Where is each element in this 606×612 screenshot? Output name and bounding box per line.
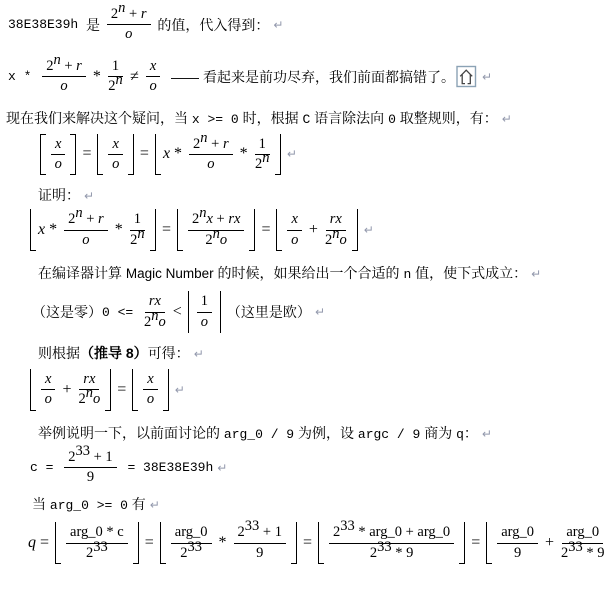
superscript: 33	[568, 539, 583, 555]
denominator: 233	[86, 544, 108, 562]
superscript: n	[53, 52, 60, 68]
text-run: =	[113, 381, 130, 399]
text-run: +	[125, 6, 140, 22]
text-run: 2	[238, 524, 245, 540]
fraction: arg_09	[497, 524, 538, 562]
denominator: o	[55, 155, 62, 173]
pilcrow-mark-icon: ↵	[175, 383, 185, 397]
text-run: n	[403, 267, 411, 282]
text-run: *	[45, 221, 61, 239]
text-run: =	[141, 534, 158, 552]
text-run: 可得：	[148, 343, 190, 363]
text-run: arg_0	[501, 524, 534, 540]
text-run: * 9	[392, 545, 414, 561]
square-bracket-right-icon	[70, 134, 76, 176]
pilcrow-mark-icon: ↵	[364, 223, 374, 237]
fraction: arg_0 * c233	[66, 524, 128, 562]
text-run: 现在我们来解决这个疑问，当	[6, 108, 192, 128]
text-run: 9	[256, 545, 263, 561]
pilcrow-mark-icon: ↵	[273, 18, 283, 32]
bracket-body: 233 * arg_0 + arg_0233 * 9	[324, 522, 459, 564]
text-run: o	[93, 391, 100, 407]
fraction: xo	[41, 371, 55, 409]
text-run: o	[112, 156, 119, 172]
text-run: o	[207, 156, 214, 172]
formula-inequality: x * 2n + ro * 12n ≠ xo —— 看起来是前功尽弃，我们前面都…	[8, 58, 606, 96]
superscript: n	[213, 226, 220, 242]
text-run: x	[291, 211, 297, 227]
denominator: 9	[514, 544, 521, 562]
text-run: *	[111, 221, 127, 239]
text-run: 取整规则，有：	[396, 108, 498, 128]
text-run: 的值，代入得到：	[154, 15, 270, 35]
floor-bracket-group: arg_0 * c233	[55, 522, 139, 564]
document-canvas[interactable]: 38E38E39h 是 2n + ro 的值，代入得到：↵x * 2n + ro…	[0, 0, 606, 612]
numerator: x	[41, 371, 55, 390]
para-example: 举例说明一下，以前面讨论的 arg_0 / 9 为例，设 argc / 9 商为…	[38, 423, 606, 443]
bracket-body: xo + rx2no	[36, 369, 105, 411]
text-run: 是	[86, 15, 104, 35]
text-run: o	[149, 78, 156, 94]
formula-floor-identity: xo = xo = x * 2n + ro * 12n↵	[38, 134, 606, 176]
text-run: o	[201, 314, 208, 330]
text-run: （这是零）	[32, 302, 102, 322]
bracket-body: 2nx + rx2no	[183, 209, 249, 251]
text-run: =	[158, 221, 175, 239]
para-question: 现在我们来解决这个疑问，当 x >= 0 时，根据 C 语言除法向 0 取整规则…	[6, 108, 606, 128]
numerator: arg_0	[497, 524, 538, 543]
bracket-body: x * 2n + ro * 12n	[36, 209, 150, 251]
numerator: x	[143, 371, 157, 390]
fraction: 233 + 19	[234, 524, 286, 562]
pilcrow-mark-icon: ↵	[531, 267, 541, 281]
numerator: x	[146, 58, 160, 77]
text-run: 2	[370, 545, 377, 561]
denominator: 233	[180, 544, 202, 562]
numerator: 2n + r	[42, 58, 86, 77]
numerator: x	[287, 211, 301, 230]
text-run: 9	[514, 545, 521, 561]
superscript: 33	[245, 519, 260, 535]
text-run: =	[78, 145, 95, 163]
text-run: ：	[464, 423, 478, 443]
denominator: o	[60, 77, 67, 95]
floor-bracket-right-icon	[105, 369, 111, 411]
floor-bracket-right-icon	[163, 369, 169, 411]
bracket-body: arg_0233 * 233 + 19	[166, 522, 291, 564]
bracket-body: xo	[103, 134, 127, 176]
text-run: x	[112, 136, 118, 152]
denominator: o	[201, 313, 208, 331]
bracket-body: x * 2n + ro * 12n	[161, 134, 275, 176]
denominator: o	[291, 231, 298, 249]
text-run: 0	[388, 112, 396, 127]
text-run: q	[28, 534, 36, 552]
text-run: 1	[201, 293, 208, 309]
floor-bracket-right-icon	[133, 522, 139, 564]
pilcrow-mark-icon: ↵	[482, 70, 492, 84]
formula-example-q: q = arg_0 * c233 = arg_0233 * 233 + 19 =…	[28, 522, 606, 564]
floor-bracket-group: x * 2n + ro * 12n	[30, 209, 156, 251]
superscript: n	[75, 206, 82, 222]
floor-bracket-right-icon	[128, 134, 134, 176]
para-derivation-ref: 则根据（推导 8）可得：↵	[38, 343, 606, 363]
numerator: x	[108, 136, 122, 155]
fraction: xo	[108, 136, 122, 174]
text-run: o	[291, 232, 298, 248]
numerator: 233 + 1	[64, 449, 116, 468]
numerator: x	[51, 136, 65, 155]
denominator: o	[112, 155, 119, 173]
bracket-body: arg_09 + arg_0233 * 9	[492, 522, 606, 564]
superscript: 33	[93, 539, 108, 555]
text-run: —— 看起来是前功尽弃，我们前面都搞错了。	[163, 67, 455, 87]
denominator: 233 * 9	[561, 544, 605, 562]
text-run: 举例说明一下，以前面讨论的	[38, 423, 224, 443]
text-run: +	[208, 136, 223, 152]
fraction: 233 * arg_0 + arg_0233 * 9	[329, 524, 454, 562]
text-run: 当	[32, 494, 50, 514]
text-run: x	[45, 371, 51, 387]
fraction: xo	[146, 58, 160, 96]
abs-bracket-group: 1o	[188, 291, 221, 333]
text-run: +	[61, 58, 76, 74]
pilcrow-mark-icon: ↵	[194, 347, 204, 361]
text-run: o	[125, 26, 132, 42]
text-run: =	[467, 534, 484, 552]
text-run: 语言除法向	[310, 108, 388, 128]
denominator: 2n	[108, 77, 123, 95]
floor-bracket-right-icon	[459, 522, 465, 564]
fraction: 2n + ro	[64, 211, 108, 249]
numerator: 2n + r	[189, 136, 233, 155]
fraction: 12n	[255, 136, 270, 174]
floor-bracket-group: arg_09 + arg_0233 * 9	[486, 522, 606, 564]
text-run: o	[339, 232, 346, 248]
text-run: +	[305, 221, 322, 239]
text-run: = 38E38E39h	[120, 460, 214, 475]
denominator: 233 * 9	[370, 544, 414, 562]
text-run: =	[299, 534, 316, 552]
text-run: 在编译器计算	[38, 263, 126, 283]
floor-bracket-group: xo + rx2no	[276, 209, 357, 251]
para-magic-number: 在编译器计算 Magic Number 的时候，如果给出一个合适的 n 值，使下…	[38, 263, 606, 283]
fraction: 2n + ro	[107, 6, 151, 44]
house-icon	[456, 65, 477, 88]
fraction: 12n	[108, 58, 123, 96]
fraction: 2n + ro	[42, 58, 86, 96]
formula-range: （这是零）0 <= rx2no < 1o （这里是欧）↵	[32, 291, 606, 333]
superscript: n	[137, 226, 144, 242]
floor-bracket-group: xo	[97, 134, 133, 176]
text-run: 则根据	[38, 343, 80, 363]
text-run: argc / 9	[358, 427, 420, 442]
floor-bracket-right-icon	[249, 209, 255, 251]
text-run: x	[150, 58, 156, 74]
floor-bracket-group: 233 * arg_0 + arg_0233 * 9	[318, 522, 465, 564]
text-run: x >= 0	[192, 112, 239, 127]
text-run: arg_0 >= 0	[50, 498, 128, 513]
denominator: o	[147, 390, 154, 408]
superscript: n	[86, 385, 93, 401]
superscript: 33	[340, 519, 355, 535]
text-run: 0 <=	[102, 305, 141, 320]
numerator: 233 + 1	[234, 524, 286, 543]
abs-bracket-right-icon	[217, 291, 221, 333]
text-run: =	[136, 145, 153, 163]
superscript: n	[262, 150, 269, 166]
denominator: 9	[256, 544, 263, 562]
fraction: xo	[287, 211, 301, 249]
superscript: n	[200, 130, 207, 146]
floor-bracket-group: x * 2n + ro * 12n	[155, 134, 281, 176]
text-run: x	[163, 145, 170, 163]
text-run: 38E38E39h	[8, 17, 86, 32]
superscript: 33	[188, 539, 203, 555]
bracket-body: 1o	[192, 291, 217, 333]
floor-bracket-group: xo + rx2no	[30, 369, 111, 411]
numerator: 2n + r	[107, 6, 151, 25]
text-run: o	[159, 314, 166, 330]
denominator: 9	[87, 468, 94, 486]
formula-proof: x * 2n + ro * 12n = 2nx + rx2no = xo + r…	[28, 209, 606, 251]
pilcrow-mark-icon: ↵	[502, 112, 512, 126]
denominator: o	[125, 25, 132, 43]
text-run: 9	[87, 469, 94, 485]
pilcrow-mark-icon: ↵	[84, 189, 94, 203]
para-proof: 证明：↵	[38, 185, 606, 205]
pilcrow-mark-icon: ↵	[482, 427, 492, 441]
text-run: （这里是欧）	[223, 302, 311, 322]
text-run: o	[147, 391, 154, 407]
text-run: r	[223, 136, 229, 152]
para-value-intro: 38E38E39h 是 2n + ro 的值，代入得到：↵	[8, 6, 606, 44]
pilcrow-mark-icon: ↵	[217, 461, 227, 475]
floor-bracket-group: xo	[132, 369, 168, 411]
fraction: xo	[51, 136, 65, 174]
text-run: 为例，设	[294, 423, 358, 443]
text-run: * arg_0 + arg_0	[355, 524, 450, 540]
text-run: <	[169, 303, 186, 321]
denominator: 2n	[130, 231, 145, 249]
denominator: 2no	[325, 231, 347, 249]
text-run: 2	[180, 545, 187, 561]
text-run: *	[215, 534, 231, 552]
text-run: +	[83, 211, 98, 227]
text-run: r	[76, 58, 82, 74]
text-run: 证明：	[38, 185, 80, 205]
denominator: 2no	[78, 390, 100, 408]
numerator: 1	[197, 293, 212, 312]
fraction: rx2no	[144, 293, 166, 331]
denominator: 2no	[205, 231, 227, 249]
text-run: 2	[205, 232, 212, 248]
text-run: c =	[30, 460, 61, 475]
formula-conclusion: xo + rx2no = xo↵	[28, 369, 606, 411]
numerator: 2n + r	[64, 211, 108, 230]
fraction: arg_0233	[171, 524, 212, 562]
denominator: o	[207, 155, 214, 173]
para-arg-condition: 当 arg_0 >= 0 有↵	[32, 494, 606, 514]
text-run: r	[98, 211, 104, 227]
text-run: =	[257, 221, 274, 239]
text-run: arg_0 / 9	[224, 427, 294, 442]
text-run: 值，使下式成立：	[411, 263, 527, 283]
text-run: *	[170, 145, 186, 163]
text-run: + 1	[259, 524, 282, 540]
text-run: C	[302, 112, 310, 127]
text-run: o	[82, 232, 89, 248]
text-run: =	[36, 534, 53, 552]
fraction: arg_0233 * 9	[561, 524, 605, 562]
fraction: rx2no	[325, 211, 347, 249]
denominator: o	[149, 77, 156, 95]
floor-bracket-group: 2nx + rx2no	[177, 209, 255, 251]
text-run: *	[236, 145, 252, 163]
text-run: x	[38, 221, 45, 239]
fraction: 1o	[197, 293, 212, 331]
fraction: xo	[143, 371, 157, 409]
text-run: x	[55, 136, 61, 152]
fraction: 12n	[130, 211, 145, 249]
pilcrow-mark-icon: ↵	[150, 498, 160, 512]
text-run: （推导 8）	[80, 343, 148, 363]
formula-constant: c = 233 + 19 = 38E38E39h↵	[30, 449, 606, 487]
fraction: 2nx + rx2no	[188, 211, 244, 249]
denominator: 2no	[144, 313, 166, 331]
denominator: 2n	[255, 155, 270, 173]
pilcrow-mark-icon: ↵	[287, 147, 297, 161]
text-run: o	[60, 78, 67, 94]
text-run: o	[220, 232, 227, 248]
text-run: r	[141, 6, 147, 22]
text-run: 2	[78, 391, 85, 407]
text-run: *	[89, 68, 105, 86]
square-bracket-group: xo	[40, 134, 76, 176]
bracket-body: arg_0 * c233	[61, 522, 133, 564]
text-run: Magic Number	[126, 266, 214, 281]
denominator: o	[82, 231, 89, 249]
text-run: rx	[228, 211, 240, 227]
text-run: +	[541, 534, 558, 552]
fraction: rx2no	[78, 371, 100, 409]
floor-bracket-right-icon	[352, 209, 358, 251]
text-run: * 9	[583, 545, 605, 561]
floor-bracket-right-icon	[291, 522, 297, 564]
bracket-body: xo + rx2no	[282, 209, 351, 251]
floor-bracket-group: arg_0233 * 233 + 19	[160, 522, 297, 564]
text-run: +	[58, 381, 75, 399]
superscript: n	[151, 308, 158, 324]
text-run: o	[45, 391, 52, 407]
denominator: o	[45, 390, 52, 408]
bracket-body: xo	[138, 369, 162, 411]
text-run: 有	[128, 494, 146, 514]
text-run: o	[55, 156, 62, 172]
floor-bracket-right-icon	[150, 209, 156, 251]
pilcrow-mark-icon: ↵	[315, 305, 325, 319]
text-run: 的时候，如果给出一个合适的	[214, 263, 404, 283]
text-run: 时，根据	[239, 108, 303, 128]
superscript: n	[115, 72, 122, 88]
text-run: ≠	[126, 68, 143, 86]
text-run: x	[147, 371, 153, 387]
fraction: 233 + 19	[64, 449, 116, 487]
text-run: + 1	[90, 449, 113, 465]
fraction: 2n + ro	[189, 136, 233, 174]
text-run: x *	[8, 69, 39, 84]
bracket-body: xo	[46, 134, 70, 176]
text-run: q	[456, 427, 464, 442]
text-run: 商为	[420, 423, 456, 443]
superscript: 33	[377, 539, 392, 555]
superscript: 33	[75, 443, 90, 459]
floor-bracket-right-icon	[275, 134, 281, 176]
